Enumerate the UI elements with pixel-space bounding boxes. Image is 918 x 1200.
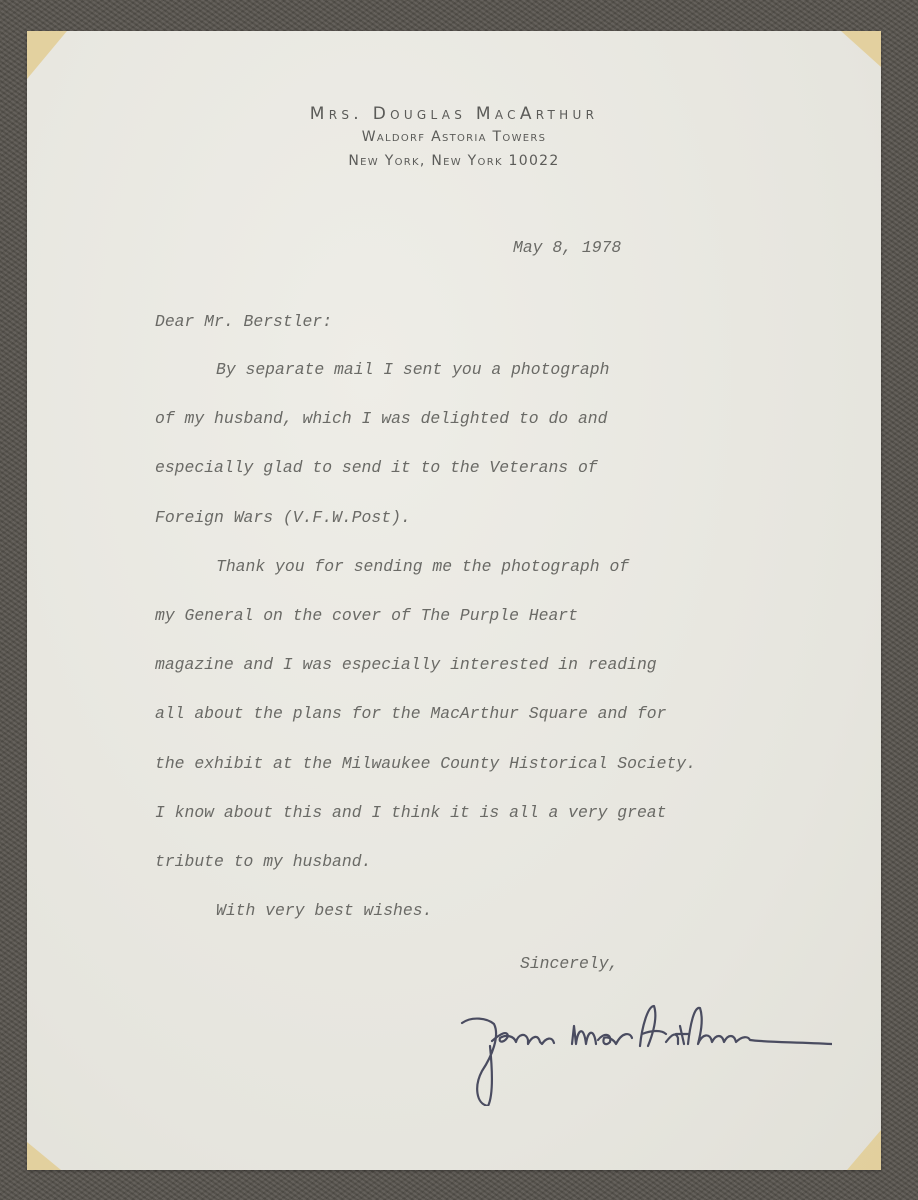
letterhead-name: Mrs. Douglas MacArthur [27, 104, 881, 124]
body-line: especially glad to send it to the Vetera… [155, 458, 598, 478]
letter-paper: Mrs. Douglas MacArthur Waldorf Astoria T… [27, 31, 881, 1170]
body-line: all about the plans for the MacArthur Sq… [155, 704, 666, 724]
body-line: I know about this and I think it is all … [155, 803, 666, 823]
body-line: my General on the cover of The Purple He… [155, 606, 578, 626]
tape-corner-bottom-right [847, 1130, 881, 1170]
tape-corner-top-right [841, 31, 881, 67]
body-line: Foreign Wars (V.F.W.Post). [155, 508, 411, 528]
signature [452, 996, 832, 1106]
tape-corner-bottom-left [27, 1142, 61, 1170]
body-line: of my husband, which I was delighted to … [155, 409, 607, 429]
body-line: magazine and I was especially interested… [155, 655, 657, 675]
body-line: With very best wishes. [216, 901, 432, 921]
closing: Sincerely, [520, 954, 618, 974]
letterhead-address-line: Waldorf Astoria Towers [27, 129, 881, 145]
body-line: tribute to my husband. [155, 852, 371, 872]
letter-date: May 8, 1978 [513, 238, 621, 258]
body-line: By separate mail I sent you a photograph [216, 360, 609, 380]
tape-corner-top-left [27, 31, 67, 79]
salutation: Dear Mr. Berstler: [155, 312, 332, 332]
body-line: the exhibit at the Milwaukee County Hist… [155, 754, 696, 774]
letterhead-city-line: New York, New York 10022 [27, 153, 881, 169]
body-line: Thank you for sending me the photograph … [216, 557, 629, 577]
